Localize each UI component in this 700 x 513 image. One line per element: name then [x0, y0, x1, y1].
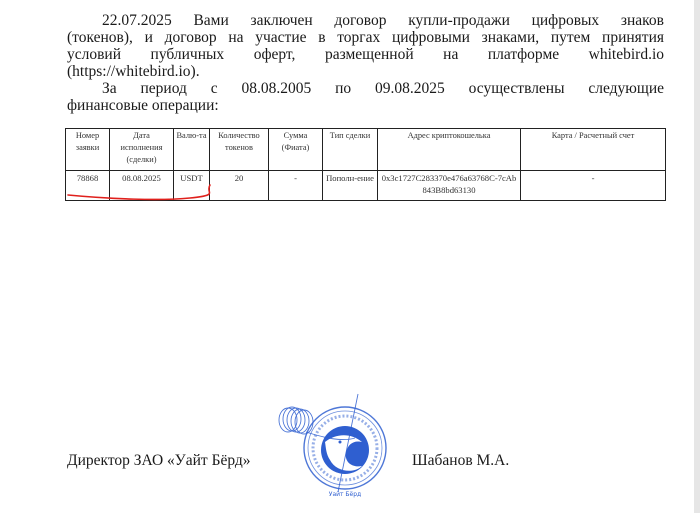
table-header-row: Номер заявки Дата исполнения (сделки) Ва…	[66, 129, 666, 171]
operations-intro-paragraph: За период с 08.08.2005 по 09.08.2025 осу…	[67, 80, 664, 114]
paragraph-line: условий публичных оферт, размещенной на …	[67, 46, 664, 63]
cell-wallet-address: 0x3c1727C283370e476a63768C-7cAb843B8bd63…	[378, 171, 521, 201]
paragraph-line: (https://whitebird.io).	[67, 63, 664, 80]
red-underline-annotation	[60, 175, 230, 205]
header-execution-date: Дата исполнения (сделки)	[110, 129, 174, 171]
cell-fiat-amount: -	[269, 171, 323, 201]
paragraph-line: (токенов), и договор на участие в торгах…	[67, 29, 664, 46]
header-wallet-address: Адрес криптокошелька	[378, 129, 521, 171]
paragraph-line: За период с 08.08.2005 по 09.08.2025 осу…	[67, 80, 664, 97]
page-edge-strip	[694, 0, 700, 513]
svg-text:Уайт Бёрд: Уайт Бёрд	[329, 491, 361, 498]
cell-card-account: -	[521, 171, 666, 201]
signer-name: Шабанов М.А.	[412, 452, 509, 470]
paragraph-line: финансовые операции:	[67, 97, 664, 114]
header-order-number: Номер заявки	[66, 129, 110, 171]
header-card-account: Карта / Расчетный счет	[521, 129, 666, 171]
header-token-quantity: Количество токенов	[210, 129, 269, 171]
cell-deal-type: Пополн-ение	[323, 171, 378, 201]
director-title: Директор ЗАО «Уайт Бёрд»	[67, 452, 251, 470]
header-deal-type: Тип сделки	[323, 129, 378, 171]
contract-paragraph: 22.07.2025 Вами заключен договор купли-п…	[67, 12, 664, 80]
header-currency: Валю-та	[174, 129, 210, 171]
header-fiat-amount: Сумма (Фиата)	[269, 129, 323, 171]
company-stamp-icon: Уайт Бёрд	[270, 392, 400, 507]
paragraph-line: 22.07.2025 Вами заключен договор купли-п…	[67, 12, 664, 29]
